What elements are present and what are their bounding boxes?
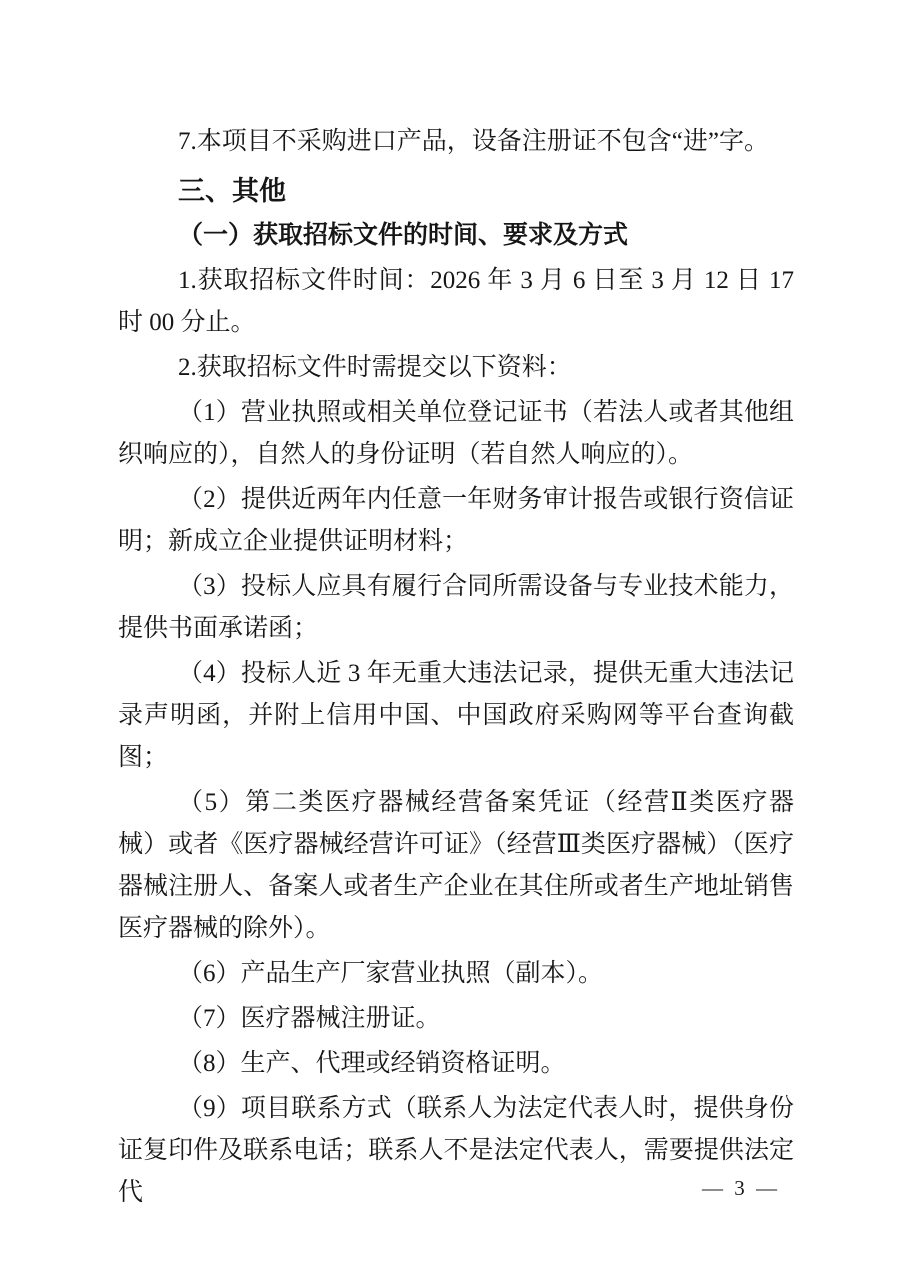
list-item-4-no-violation-record: （4）投标人近 3 年无重大违法记录，提供无重大违法记录声明函，并附上信用中国、… xyxy=(118,653,794,779)
paragraph-obtain-time: 1.获取招标文件时间：2026 年 3 月 6 日至 3 月 12 日 17 时… xyxy=(118,260,794,344)
list-item-6-manufacturer-license: （6）产品生产厂家营业执照（副本）。 xyxy=(118,953,794,995)
list-item-9-contact-info: （9）项目联系方式（联系人为法定代表人时，提供身份证复印件及联系电话；联系人不是… xyxy=(118,1088,794,1214)
paragraph-no-import-products: 7.本项目不采购进口产品，设备注册证不包含“进”字。 xyxy=(118,121,794,163)
paragraph-materials-intro: 2.获取招标文件时需提交以下资料： xyxy=(118,347,794,389)
subsection-heading-obtain-documents: （一）获取招标文件的时间、要求及方式 xyxy=(118,215,794,257)
document-body: 7.本项目不采购进口产品，设备注册证不包含“进”字。 三、其他 （一）获取招标文… xyxy=(118,118,794,1217)
section-heading-other: 三、其他 xyxy=(118,170,794,212)
page-number: — 3 — xyxy=(702,1176,780,1201)
document-page: 7.本项目不采购进口产品，设备注册证不包含“进”字。 三、其他 （一）获取招标文… xyxy=(0,0,900,1266)
list-item-7-device-registration: （7）医疗器械注册证。 xyxy=(118,998,794,1040)
list-item-5-medical-device-permits: （5）第二类医疗器械经营备案凭证（经营Ⅱ类医疗器械）或者《医疗器械经营许可证》（… xyxy=(118,782,794,950)
list-item-8-qualification-proof: （8）生产、代理或经销资格证明。 xyxy=(118,1043,794,1085)
list-item-1-business-license: （1）营业执照或相关单位登记证书（若法人或者其他组织响应的），自然人的身份证明（… xyxy=(118,392,794,476)
list-item-3-capability-letter: （3）投标人应具有履行合同所需设备与专业技术能力，提供书面承诺函； xyxy=(118,566,794,650)
list-item-2-financial-audit: （2）提供近两年内任意一年财务审计报告或银行资信证明；新成立企业提供证明材料； xyxy=(118,479,794,563)
